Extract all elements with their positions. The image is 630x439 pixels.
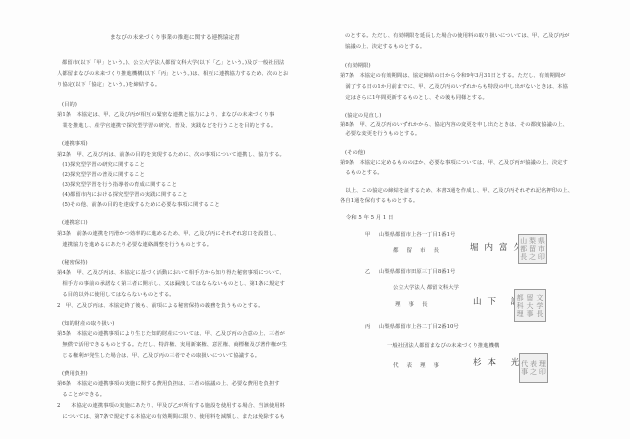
- article-heading: (協定の見直し): [345, 113, 381, 120]
- party-organization: 一般社団法人都留まなびの未来づくり推進機構: [387, 343, 499, 350]
- article-line: 必要な変更を行うものとする。: [340, 131, 420, 138]
- party-role: 理事長: [395, 302, 436, 309]
- party-label: 丙: [365, 324, 370, 331]
- article-line: 第3条 前条の連携を円滑かつ効率的に進めるため、甲、乙及び丙にそれぞれ窓口を設置…: [57, 231, 279, 238]
- article-heading: (知的財産の取り扱い): [62, 321, 114, 328]
- article-line: 2 本協定の連携事項の実施にあたり、甲及び乙が所有する施設を使用する場合、当該使…: [57, 403, 285, 410]
- party-address: 山梨県都留市田原三丁目8番1号: [379, 269, 455, 276]
- official-seal-icon: 代表理 事之印: [519, 353, 548, 383]
- article-heading: (有効期限): [345, 63, 371, 70]
- party-role: 代表理事: [393, 363, 447, 370]
- article-line: ることができる。: [57, 392, 105, 399]
- official-seal-icon: 都留文 科大学 理事長: [514, 289, 546, 322]
- article-line: (1)探究型学習の研究に関すること: [57, 162, 145, 169]
- article-heading: (目的): [62, 102, 77, 109]
- article-line: 満了する日の1か月前までに、甲、乙及び丙のいずれからも特段の申し出がないときは、…: [340, 84, 568, 91]
- article-line: 第1条 本協定は、甲、乙及び丙が相互の緊密な連携と協力により、まなびの未来づくり…: [57, 112, 274, 119]
- article-line: 業を推進し、産学官連携で探究型学習の研究、普及、実践などを行うことを目的とする。: [57, 123, 276, 130]
- article-line: るものとする。: [340, 170, 383, 177]
- article-heading: (費用負担): [62, 371, 88, 378]
- official-seal-icon: 山梨県 都留市 長之印: [518, 234, 547, 264]
- article-line: る目的以外に使用してはならないものとする。: [57, 292, 175, 299]
- preamble-line: 人都留まなびの未来づくり推進機構(以下「丙」という。)は、相互に連携協力するため…: [57, 71, 288, 78]
- article-line: (5)その他、前条の目的を達成するために必要な事項に関すること: [57, 202, 220, 209]
- article-line: 第2条 甲、乙及び丙は、前条の目的を実現するために、次の事項について連携し、協力…: [57, 152, 285, 159]
- party-organization: 公立大学法人 都留文科大学: [393, 285, 459, 292]
- article-line: 定はさらに1年間更新するものとし、その後も同様とする。: [340, 95, 488, 102]
- agreement-date: 令和 5 年 5 月 1 日: [346, 215, 393, 222]
- article-line: 第6条 本協定の連携事項の実施に関する費用負担は、三者の協議の上、必要な費用を負…: [57, 381, 280, 388]
- article-heading: (連携窓口): [62, 220, 88, 227]
- article-heading: (連携事項): [62, 141, 88, 148]
- closing-line: 各自1通を保有するものとする。: [340, 198, 418, 205]
- article-line: 2 甲、乙及び丙は、本協定終了後も、前項による秘密保持の義務を負うものとする。: [57, 303, 264, 310]
- article-heading: (秘密保持): [62, 260, 88, 267]
- continuation-line: 協議の上、決定するものとする。: [345, 44, 425, 51]
- article-line: 相手方の事前の承諾なく第三者に開示し、又は漏洩してはならないものとし、第1条に規…: [57, 281, 285, 288]
- party-label: 甲: [365, 232, 370, 239]
- article-line: 第7条 本協定の有効期間は、協定締結の日から令和9年3月31日とする。ただし、有…: [340, 73, 566, 80]
- article-line: 連携協力を進めるにあたり必要な連絡調整を行うものとする。: [57, 242, 212, 249]
- article-line: じる権利が発生した場合は、甲、乙及び丙の三者でその取扱いについて協議する。: [57, 353, 260, 360]
- right-page: のとする。ただし、有効期限を延長した場合の使用料の取り扱いについては、甲、乙及び…: [315, 0, 630, 439]
- party-address: 山梨県都留市上谷一丁目1番1号: [379, 232, 455, 239]
- article-line: (2)探究型学習の普及に関すること: [57, 172, 145, 179]
- article-line: (3)探究型学習を行う指導者の育成に関すること: [57, 182, 177, 189]
- article-line: 第4条 甲、乙及び丙は、本協定に基づく活動において相手方から知り得た秘密事項につ…: [57, 270, 285, 277]
- preamble-line: 都留市(以下「甲」という。)、公立大学法人都留文科大学(以下「乙」という。)及び…: [62, 60, 284, 67]
- article-line: (4)都留市内における探究型学習の実践に関すること: [57, 192, 188, 199]
- party-role: 都留市長: [393, 248, 447, 255]
- article-line: 第5条 本協定の連携事項により生じた知的財産については、甲、乙及び丙の合意の上、…: [57, 331, 285, 338]
- preamble-line: り協定(以下「協定」という。)を締結する。: [57, 82, 160, 89]
- closing-line: 以上、この協定の締結を証するため、本書3通を作成し、甲、乙及び丙それぞれ記名押印…: [340, 188, 573, 195]
- article-line: については、第7条で規定する本協定の有効期間に限り、使用料を減額し、または免除す…: [57, 414, 285, 421]
- article-line: 無償で活用できるものとする。ただし、特許権、実用新案権、意匠権、商標権及び著作権…: [57, 342, 287, 349]
- article-heading: (その他): [345, 150, 365, 157]
- party-address: 山梨県都留市上谷二丁目2番10号: [379, 324, 459, 331]
- party-label: 乙: [365, 269, 370, 276]
- document-title: まなびの未来づくり事業の推進に関する連携協定書: [110, 35, 240, 42]
- continuation-line: のとする。ただし、有効期限を延長した場合の使用料の取り扱いについては、甲、乙及び…: [345, 33, 569, 40]
- article-line: 第9条 本協定に定めるもののほか、必要な事項については、甲、乙及び丙が協議の上、…: [340, 160, 568, 167]
- article-line: 第8条 甲、乙及び丙のいずれかから、協定内容の変更を申し出たときは、その都度協議…: [340, 122, 568, 129]
- left-page: まなびの未来づくり事業の推進に関する連携協定書 都留市(以下「甲」という。)、公…: [0, 0, 315, 439]
